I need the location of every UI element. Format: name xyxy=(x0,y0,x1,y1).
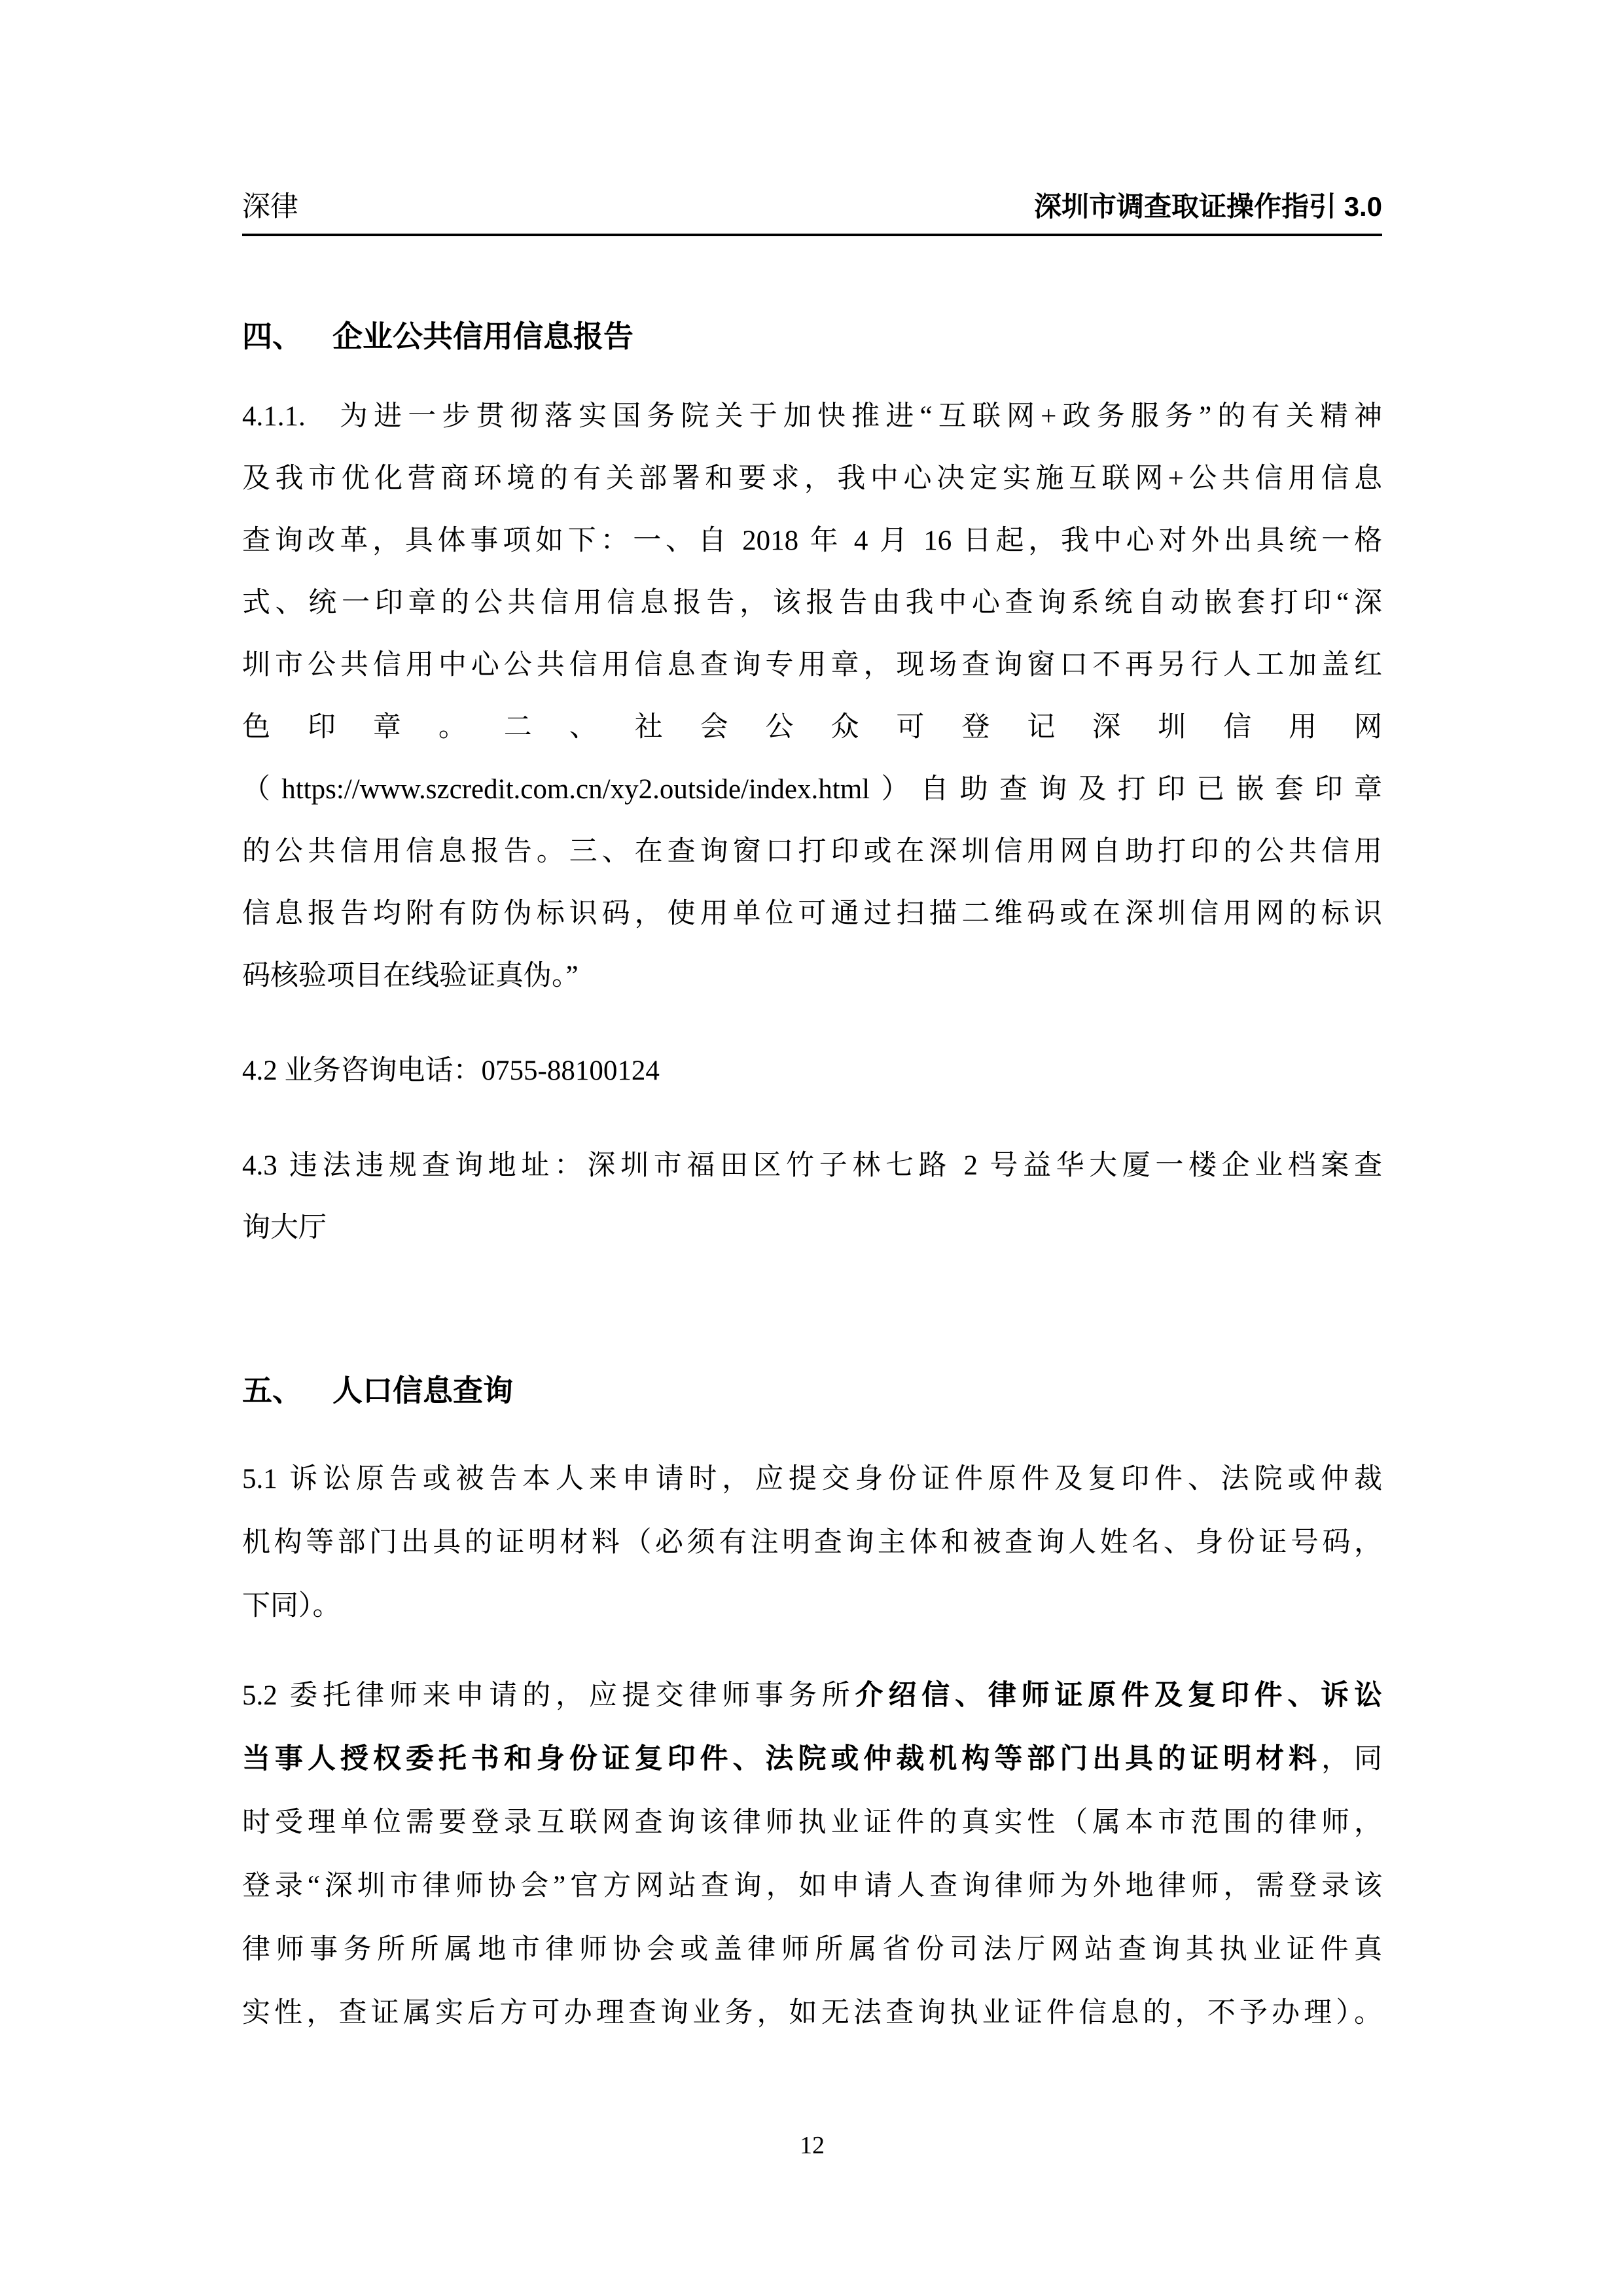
text-line: 码核验项目在线验证真伪。” xyxy=(242,945,1382,1007)
header-doc-title: 深圳市调查取证操作指引 3.0 xyxy=(1034,192,1382,221)
text-line: 机构等部门出具的证明材料（必须有注明查询主体和被查询人姓名、身份证号码， xyxy=(242,1511,1382,1574)
paragraph-4-1-1: 4.1.1. 为进一步贯彻落实国务院关于加快推进“互联网+政务服务”的有关精神 … xyxy=(242,385,1382,1007)
text-line: 实性，查证属实后方可办理查询业务，如无法查询执业证件信息的，不予办理）。 xyxy=(242,1981,1382,2045)
page-header: 深律 深圳市调查取证操作指引 3.0 xyxy=(242,0,1382,236)
bold-run: 当事人授权委托书和身份证复印件、法院或仲裁机构等部门出具的证明材料 xyxy=(242,1744,1321,1775)
document-page: 深律 深圳市调查取证操作指引 3.0 四、 企业公共信用信息报告 4.1.1. … xyxy=(0,0,1623,2296)
text-line: 当事人授权委托书和身份证复印件、法院或仲裁机构等部门出具的证明材料，同 xyxy=(242,1727,1382,1791)
regular-run: ，同 xyxy=(1321,1744,1382,1775)
paragraph-4-2: 4.2 业务咨询电话：0755-88100124 xyxy=(242,1040,1382,1102)
text-line: 时受理单位需要登录互联网查询该律师执业证件的真实性（属本市范围的律师， xyxy=(242,1791,1382,1854)
header-left-text: 深律 xyxy=(242,193,298,222)
text-line: 色印章。二、社会公众可登记深圳信用网 xyxy=(242,696,1382,758)
text-line: 的公共信用信息报告。三、在查询窗口打印或在深圳信用网自助打印的公共信用 xyxy=(242,821,1382,883)
text-line-url: （https://www.szcredit.com.cn/xy2.outside… xyxy=(242,758,1382,821)
page-content: 深律 深圳市调查取证操作指引 3.0 四、 企业公共信用信息报告 4.1.1. … xyxy=(242,0,1382,2160)
text-line: 式、统一印章的公共信用信息报告，该报告由我中心查询系统自动嵌套打印“深 xyxy=(242,572,1382,634)
section5-heading: 五、 人口信息查询 xyxy=(242,1374,1382,1407)
text-line: 5.2 委托律师来申请的，应提交律师事务所介绍信、律师证原件及复印件、诉讼 xyxy=(242,1664,1382,1727)
section4-heading: 四、 企业公共信用信息报告 xyxy=(242,320,1382,353)
paragraph-5-1: 5.1 诉讼原告或被告本人来申请时，应提交身份证件原件及复印件、法院或仲裁 机构… xyxy=(242,1447,1382,1638)
text-line: 5.1 诉讼原告或被告本人来申请时，应提交身份证件原件及复印件、法院或仲裁 xyxy=(242,1447,1382,1511)
page-number: 12 xyxy=(242,2131,1382,2160)
text-line: 4.1.1. 为进一步贯彻落实国务院关于加快推进“互联网+政务服务”的有关精神 xyxy=(242,385,1382,448)
text-line-phone: 4.2 业务咨询电话：0755-88100124 xyxy=(242,1040,1382,1102)
text-line: 及我市优化营商环境的有关部署和要求，我中心决定实施互联网+公共信用信息 xyxy=(242,448,1382,510)
text-line-address: 4.3 违法违规查询地址：深圳市福田区竹子林七路 2 号益华大厦一楼企业档案查 xyxy=(242,1135,1382,1197)
bold-run: 介绍信、律师证原件及复印件、诉讼 xyxy=(855,1680,1383,1711)
text-line: 律师事务所所属地市律师协会或盖律师所属省份司法厅网站查询其执业证件真 xyxy=(242,1918,1382,1981)
text-line: 登录“深圳市律师协会”官方网站查询，如申请人查询律师为外地律师，需登录该 xyxy=(242,1854,1382,1918)
text-line: 圳市公共信用中心公共信用信息查询专用章，现场查询窗口不再另行人工加盖红 xyxy=(242,634,1382,696)
text-line: 查询改革，具体事项如下：一、自 2018 年 4 月 16 日起，我中心对外出具… xyxy=(242,510,1382,572)
text-line: 询大厅 xyxy=(242,1197,1382,1259)
paragraph-5-2: 5.2 委托律师来申请的，应提交律师事务所介绍信、律师证原件及复印件、诉讼 当事… xyxy=(242,1664,1382,2045)
regular-run: 5.2 委托律师来申请的，应提交律师事务所 xyxy=(242,1680,855,1711)
text-line: 下同）。 xyxy=(242,1574,1382,1638)
paragraph-4-3: 4.3 违法违规查询地址：深圳市福田区竹子林七路 2 号益华大厦一楼企业档案查 … xyxy=(242,1135,1382,1259)
text-line: 信息报告均附有防伪标识码，使用单位可通过扫描二维码或在深圳信用网的标识 xyxy=(242,883,1382,945)
